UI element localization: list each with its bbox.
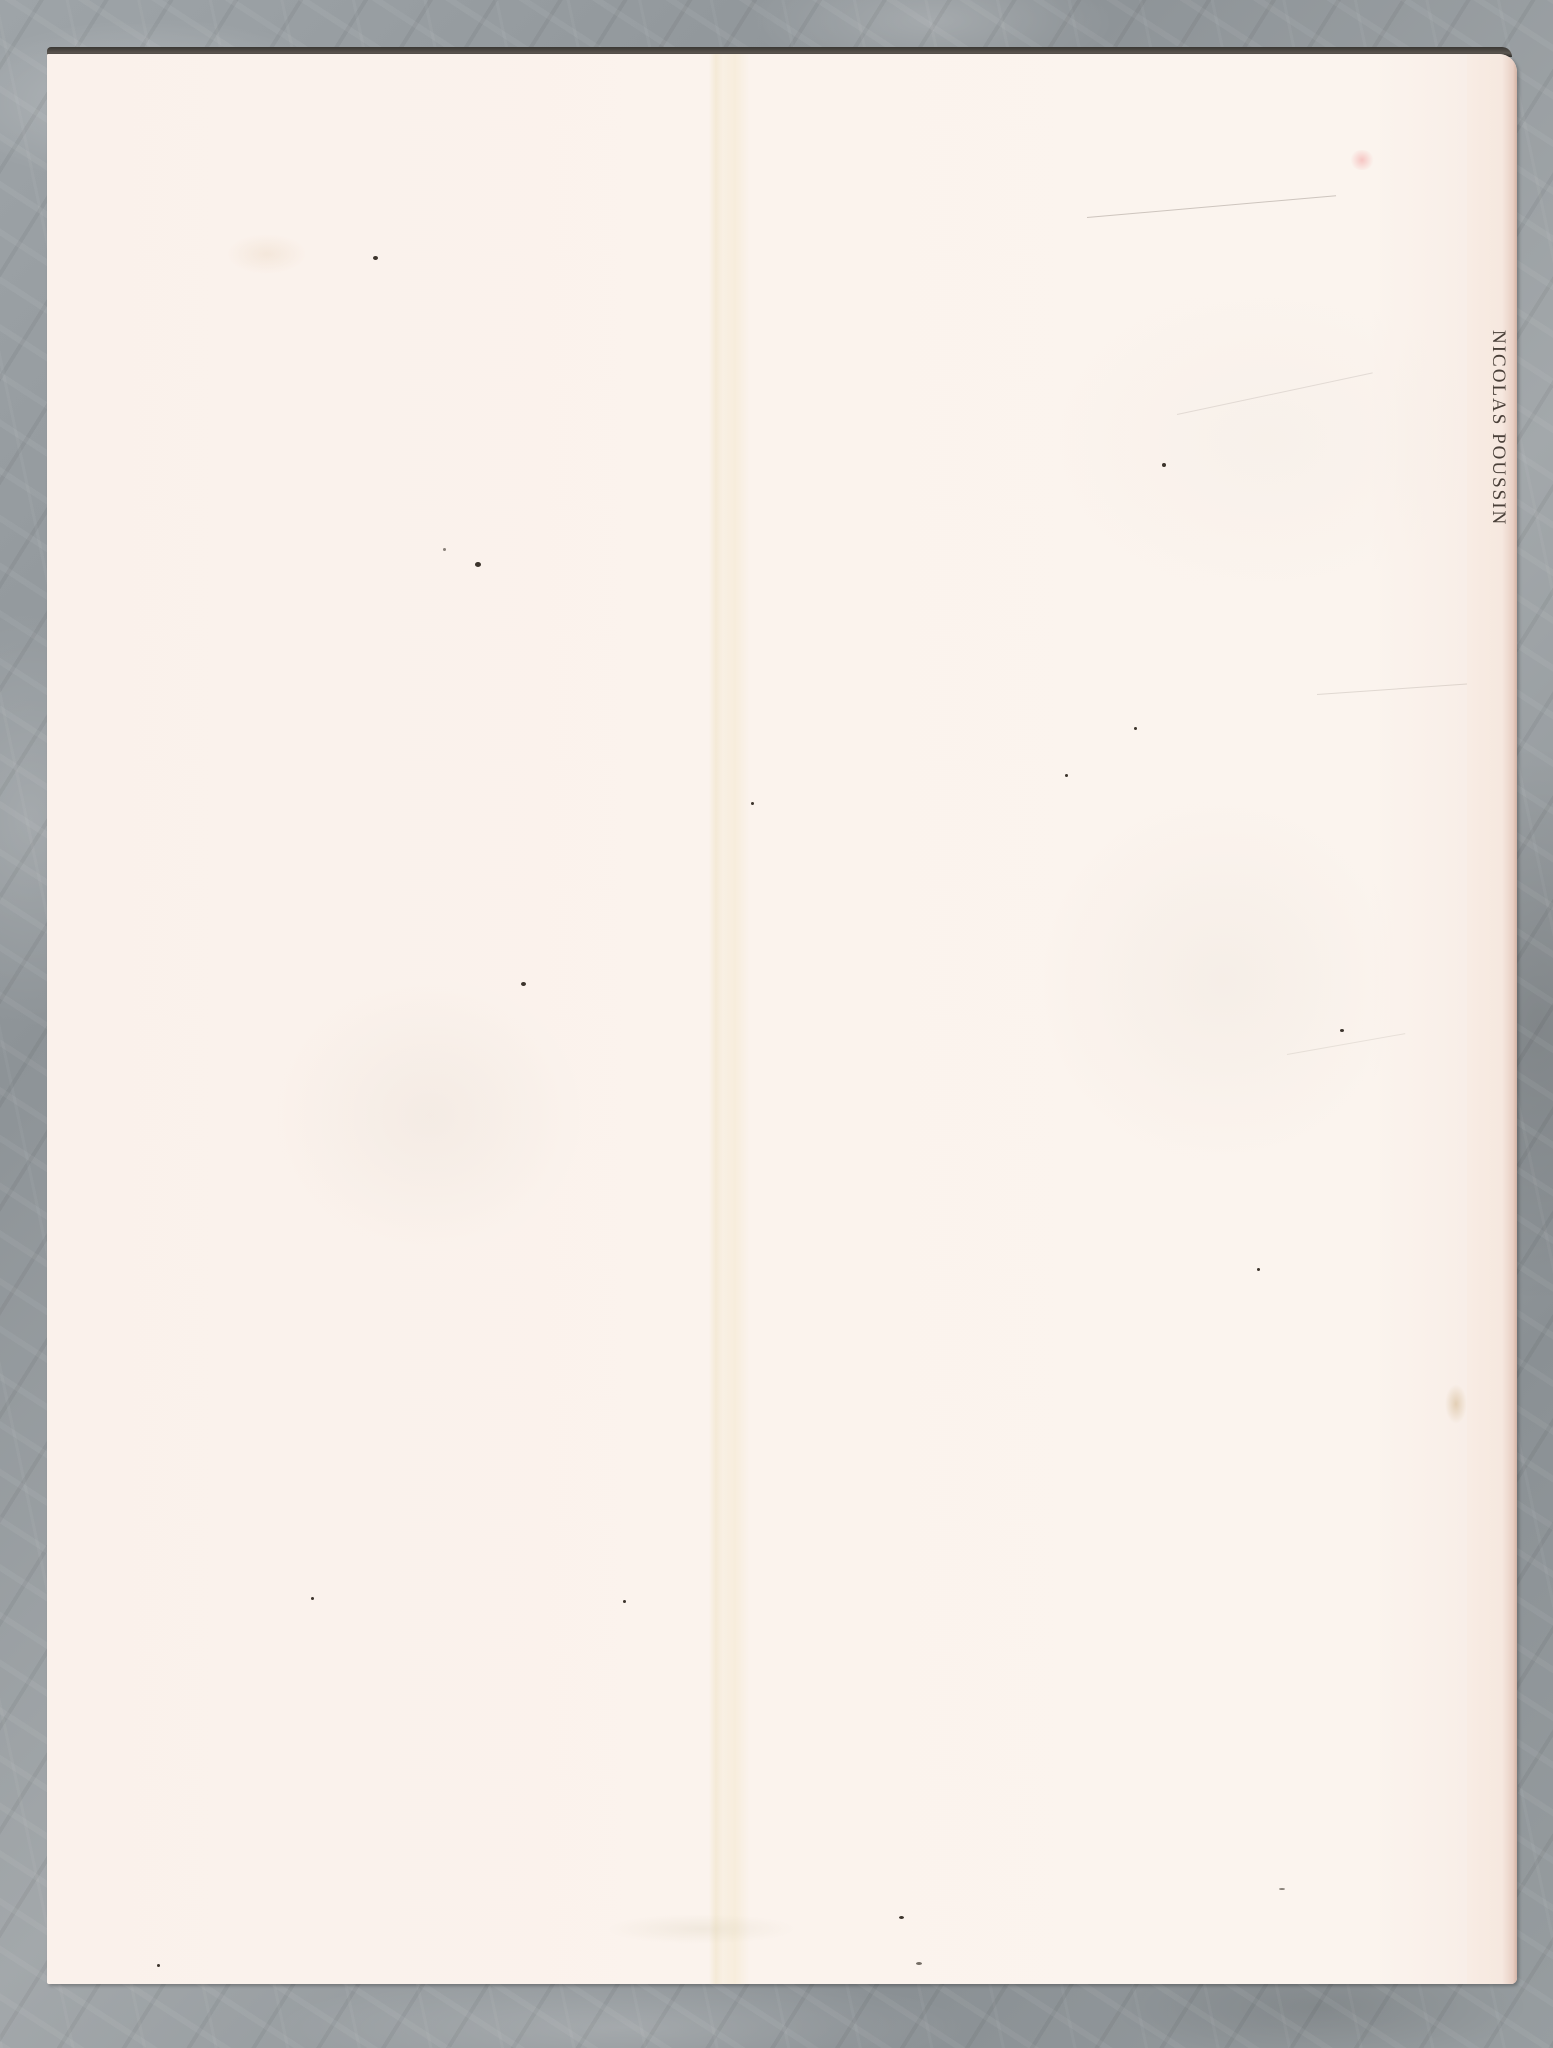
speck <box>751 802 754 805</box>
speck <box>916 1962 922 1965</box>
book: NICOLAS POUSSIN <box>47 50 1517 1986</box>
cover-fold-line <box>709 54 723 1984</box>
book-back-cover: NICOLAS POUSSIN <box>47 54 1517 1984</box>
stain <box>607 1914 797 1944</box>
speck <box>1279 1888 1285 1890</box>
speck <box>899 1916 904 1919</box>
speck <box>1257 1268 1260 1271</box>
speck <box>623 1600 626 1603</box>
pink-stain <box>1349 150 1375 170</box>
speck <box>311 1597 314 1600</box>
stain <box>1445 1384 1467 1424</box>
speck <box>1162 463 1166 467</box>
scratch <box>1177 372 1373 415</box>
scratch <box>1287 1033 1405 1055</box>
speck <box>1134 727 1137 730</box>
speck <box>157 1964 160 1967</box>
scratch <box>1087 195 1336 218</box>
speck <box>1340 1029 1344 1032</box>
scratch <box>1317 682 1487 695</box>
speck <box>373 256 378 260</box>
speck <box>1065 774 1068 777</box>
speck <box>521 982 526 986</box>
speck <box>475 562 481 567</box>
stain <box>227 234 307 274</box>
speck <box>443 548 446 551</box>
book-spine: NICOLAS POUSSIN <box>1467 54 1517 1984</box>
spine-title: NICOLAS POUSSIN <box>1487 330 1509 526</box>
